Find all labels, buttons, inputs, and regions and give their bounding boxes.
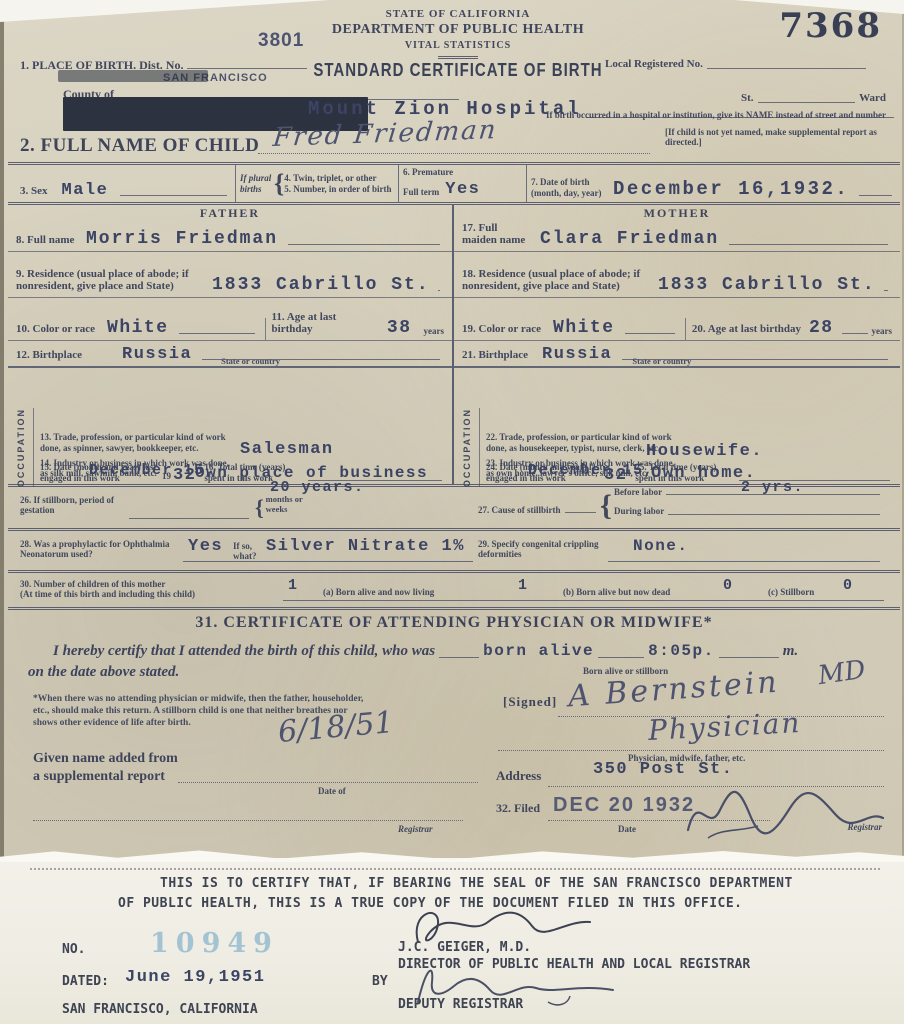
mother-birthplace-value: Russia: [542, 345, 612, 364]
deformities-blank: [608, 561, 880, 562]
mother-residence-blank: [884, 290, 888, 291]
father-residence-blank: [438, 290, 440, 291]
children-total-value: 1: [288, 577, 299, 594]
father-age-label: 11. Age at last birthday: [272, 311, 379, 336]
children-count-line: [283, 600, 884, 601]
born-alive-dead-label: (b) Born alive but now dead: [563, 587, 670, 597]
not-named-note: [If child is not yet named, make supplem…: [665, 127, 890, 148]
header-divider: [438, 56, 478, 59]
father-race-cell: 10. Color or race White: [8, 318, 266, 340]
during-labor-blank: [668, 514, 880, 515]
certify-strip-line1: THIS IS TO CERTIFY THAT, IF BEARING THE …: [160, 876, 793, 891]
certify-line: I hereby certify that I attended the bir…: [53, 642, 880, 660]
sex-blank: [120, 195, 227, 196]
mother-race-value: White: [553, 318, 615, 338]
mother-birthplace-sublabel: State or country: [632, 357, 691, 367]
father-race-label: 10. Color or race: [16, 323, 95, 336]
filed-registrar-sublabel: Registrar: [847, 822, 882, 832]
father-name-blank: [288, 244, 440, 245]
father-birthplace-label: 12. Birthplace: [16, 349, 82, 362]
mother-date-value: December 15,: [528, 462, 654, 479]
registrar-sublabel: Registrar: [398, 824, 433, 834]
sex-row-section: 3. Sex Male If plural births { 4. Twin, …: [8, 165, 900, 205]
months-weeks-label: months or weeks: [266, 495, 314, 521]
deformities-label: 29. Specify congenital crippling deformi…: [478, 539, 608, 560]
father-trade-item: 13. Trade, profession, or particular kin…: [40, 432, 446, 455]
father-trade-label: 13. Trade, profession, or particular kin…: [40, 432, 235, 453]
born-alive-dead-value: 0: [723, 577, 734, 594]
street-label: St.: [741, 92, 754, 105]
birth-time-value: 8:05p.: [648, 642, 715, 660]
sex-cell: 3. Sex Male: [8, 165, 236, 202]
mother-race-age-row: 19. Color or race White 20. Age at last …: [454, 298, 900, 341]
certify-text-2: on the date above stated.: [28, 664, 179, 681]
filed-date-sublabel: Date: [618, 824, 636, 834]
father-residence-value: 1833 Cabrillo St.: [212, 275, 430, 295]
given-name-line: [178, 782, 478, 783]
director-name: J.C. GEIGER, M.D.: [398, 940, 531, 955]
mother-column: MOTHER 17. Full maiden name Clara Friedm…: [454, 205, 900, 484]
physician-signature-suffix: MD: [816, 655, 867, 691]
father-race-blank: [179, 333, 255, 334]
signed-label: [Signed]: [503, 694, 557, 710]
mother-race-blank: [625, 333, 675, 334]
father-occupation-body: 13. Trade, profession, or particular kin…: [34, 428, 452, 487]
mother-residence-row: 18. Residence (usual place of abode; if …: [454, 252, 900, 298]
certify-blank-1: [439, 657, 479, 658]
stillborn-brace: {: [255, 495, 264, 521]
mother-occupation-block: OCCUPATION 22. Trade, profession, or par…: [454, 368, 900, 487]
certificate-paper: STATE OF CALIFORNIA DEPARTMENT OF PUBLIC…: [0, 0, 904, 858]
born-alive-living-value: 1: [518, 577, 529, 594]
prophylactic-blank: [183, 561, 473, 562]
physician-line: [498, 750, 884, 751]
dob-sublabel: (month, day, year): [531, 188, 603, 198]
mother-age-blank: [842, 333, 868, 334]
local-registered-row: Local Registered No.: [605, 58, 870, 71]
local-registered-label: Local Registered No.: [605, 58, 703, 71]
term-value: Yes: [445, 180, 480, 199]
father-residence-row: 9. Residence (usual place of abode; if n…: [8, 252, 452, 298]
father-name-row: 8. Full name Morris Friedman: [8, 205, 452, 252]
father-column: FATHER 8. Full name Morris Friedman 9. R…: [8, 205, 454, 484]
dated-label: DATED:: [62, 974, 109, 989]
mother-race-cell: 19. Color or race White: [454, 318, 686, 340]
mother-age-label: 20. Age at last birthday: [692, 323, 801, 336]
father-total-label: 16. Total time (years) spent in this wor…: [204, 462, 304, 483]
father-age-unit: years: [424, 326, 445, 336]
children-count-sublabel: (At time of this birth and including thi…: [20, 589, 285, 599]
prophylactic-section: 28. Was a prophylactic for Ophthalmia Ne…: [8, 531, 900, 573]
labor-block: { Before labor During labor: [614, 487, 884, 517]
full-name-line: [258, 153, 650, 154]
address-value: 350 Post St.: [593, 760, 733, 779]
mother-occupation-body: 22. Trade, profession, or particular kin…: [480, 428, 900, 487]
address-label: Address: [496, 768, 541, 784]
street-blank: [758, 102, 856, 103]
sex-label: 3. Sex: [20, 185, 48, 198]
prophylactic-question-label: 28. Was a prophylactic for Ophthalmia Ne…: [20, 539, 185, 560]
filed-label: 32. Filed: [496, 802, 540, 816]
ward-label: Ward: [859, 92, 886, 105]
mother-occupation-side-label: OCCUPATION: [462, 408, 472, 487]
mother-name-value: Clara Friedman: [540, 229, 719, 249]
full-name-label: 2. FULL NAME OF CHILD: [20, 135, 259, 157]
father-occupation-block: OCCUPATION 13. Trade, profession, or par…: [8, 368, 452, 487]
dob-cell: 7. Date of birth (month, day, year) Dece…: [527, 165, 900, 202]
sex-value: Male: [62, 181, 109, 200]
plural-births-cell: If plural births { 4. Twin, triplet, or …: [236, 165, 399, 202]
mother-age-value: 28: [809, 318, 834, 338]
full-name-section: 2. FULL NAME OF CHILD Fred Friedman [If …: [8, 125, 900, 165]
physician-handwritten: Physician: [647, 706, 802, 747]
dob-blank: [859, 195, 892, 196]
stillborn-count-value: 0: [843, 577, 854, 594]
father-name-label: 8. Full name: [16, 234, 78, 247]
filed-date-stamp: DEC 20 1932: [553, 794, 695, 817]
plural-brace: {: [274, 169, 284, 199]
father-age-cell: 11. Age at last birthday 38 years: [266, 311, 452, 340]
certify-blank-2: [598, 657, 644, 658]
division-line: VITAL STATISTICS: [288, 40, 628, 51]
stillborn-count-label: (c) Stillborn: [768, 587, 814, 597]
mother-age-unit: years: [872, 326, 893, 336]
redaction-bar-small: [58, 70, 208, 82]
m-suffix: m.: [783, 643, 798, 660]
father-race-value: White: [107, 318, 169, 338]
by-label: BY: [372, 974, 388, 989]
street-ward-row: St. Ward: [741, 92, 886, 105]
stillborn-blank: [129, 518, 249, 519]
father-occupation-strip: OCCUPATION: [8, 408, 34, 487]
stillborn-row: 26. If stillborn, period of gestation { …: [20, 495, 470, 521]
children-count-label: 30. Number of children of this mother: [20, 579, 285, 589]
mother-name-blank: [729, 244, 888, 245]
mother-name-label: 17. Full maiden name: [462, 222, 534, 247]
father-date-value: December 15,: [89, 462, 215, 479]
deputy-title: DEPUTY REGISTRAR: [398, 997, 523, 1012]
during-labor-row: During labor: [614, 506, 884, 516]
mother-occupation-strip: OCCUPATION: [454, 408, 480, 487]
order-label: 5. Number, in order of birth: [284, 184, 394, 194]
full-term-label: Full term: [403, 187, 439, 197]
registrar-line-left: [33, 820, 463, 821]
children-count-labels: 30. Number of children of this mother (A…: [20, 579, 285, 600]
city-line: SAN FRANCISCO, CALIFORNIA: [62, 1002, 258, 1017]
father-birthplace-row: 12. Birthplace Russia State or country: [8, 341, 452, 368]
certify-blank-3: [719, 657, 779, 658]
before-labor-row: Before labor: [614, 487, 884, 497]
father-name-value: Morris Friedman: [86, 229, 278, 249]
prophylactic-answer: Yes: [188, 537, 223, 556]
twin-label: 4. Twin, triplet, or other: [284, 173, 394, 183]
dob-label: 7. Date of birth: [531, 177, 603, 187]
certificate-number: 7368: [779, 6, 882, 46]
form-number-stamp: 3801: [258, 30, 304, 52]
father-age-value: 38: [387, 318, 412, 338]
premature-cell: 6. Premature Full term Yes: [399, 165, 527, 202]
certification-strip: THIS IS TO CERTIFY THAT, IF BEARING THE …: [0, 862, 904, 1024]
mother-trade-item: 22. Trade, profession, or particular kin…: [486, 432, 894, 455]
father-residence-label: 9. Residence (usual place of abode; if n…: [16, 268, 206, 293]
stillborn-label: 26. If stillborn, period of gestation: [20, 495, 125, 521]
deformities-value: None.: [633, 537, 689, 555]
father-trade-value: Salesman: [240, 440, 334, 459]
born-alive-value: born alive: [483, 642, 594, 660]
district-number-blank: [187, 68, 307, 69]
prophylactic-what-value: Silver Nitrate 1%: [266, 537, 465, 556]
dated-value: June 19,1951: [125, 968, 265, 987]
father-race-age-row: 10. Color or race White 11. Age at last …: [8, 298, 452, 341]
perforation-line: [30, 868, 880, 870]
mother-birthplace-row: 21. Birthplace Russia State or country: [454, 341, 900, 368]
cause-label: 27. Cause of stillbirth: [478, 505, 561, 515]
cause-blank: [565, 512, 596, 513]
mother-age-cell: 20. Age at last birthday 28 years: [686, 318, 900, 340]
parents-section: FATHER 8. Full name Morris Friedman 9. R…: [8, 205, 900, 487]
department-line: DEPARTMENT OF PUBLIC HEALTH: [288, 22, 628, 38]
mother-total-blank: [739, 480, 890, 481]
labor-brace: {: [600, 489, 612, 523]
father-total-blank: [308, 480, 442, 481]
father-birthplace-sublabel: State or country: [221, 357, 280, 367]
mother-name-row: 17. Full maiden name Clara Friedman: [454, 205, 900, 252]
physician-certificate-section: 31. CERTIFICATE OF ATTENDING PHYSICIAN O…: [8, 610, 900, 846]
plural-births-label: If plural births: [240, 173, 274, 194]
cause-of-stillbirth-row: 27. Cause of stillbirth: [478, 505, 600, 515]
father-birthplace-value: Russia: [122, 345, 192, 364]
before-labor-label: Before labor: [614, 487, 662, 497]
mother-residence-value: 1833 Cabrillo St.: [658, 275, 876, 295]
no-label: NO.: [62, 942, 85, 957]
state-line: STATE OF CALIFORNIA: [288, 8, 628, 20]
father-occupation-side-label: OCCUPATION: [16, 408, 26, 487]
stillbirth-section: 26. If stillborn, period of gestation { …: [8, 487, 900, 531]
dob-value: December 16,1932.: [613, 178, 849, 200]
physician-certificate-title: 31. CERTIFICATE OF ATTENDING PHYSICIAN O…: [8, 614, 900, 632]
during-labor-label: During labor: [614, 506, 664, 516]
born-alive-living-label: (a) Born alive and now living: [323, 587, 434, 597]
if-so-what-label: If so, what?: [233, 541, 263, 562]
before-labor-blank: [666, 494, 880, 495]
header-section: STATE OF CALIFORNIA DEPARTMENT OF PUBLIC…: [8, 0, 900, 125]
local-registered-blank: [707, 68, 866, 69]
children-count-section: 30. Number of children of this mother (A…: [8, 573, 900, 610]
premature-label: 6. Premature: [403, 167, 522, 177]
mother-birthplace-label: 21. Birthplace: [462, 349, 528, 362]
mother-residence-label: 18. Residence (usual place of abode; if …: [462, 268, 652, 293]
birth-certificate-scan: { "colors": { "paper": "#d6d0bd", "strip…: [0, 0, 904, 1024]
certify-text-1: I hereby certify that I attended the bir…: [53, 643, 435, 660]
date-of-sublabel: Date of: [318, 786, 346, 796]
mother-race-label: 19. Color or race: [462, 323, 541, 336]
given-name-label: Given name added from a supplemental rep…: [33, 750, 178, 786]
hospital-note: If birth occurred in a hospital or insti…: [466, 110, 886, 120]
copy-number-stamp: 10949: [150, 928, 279, 959]
